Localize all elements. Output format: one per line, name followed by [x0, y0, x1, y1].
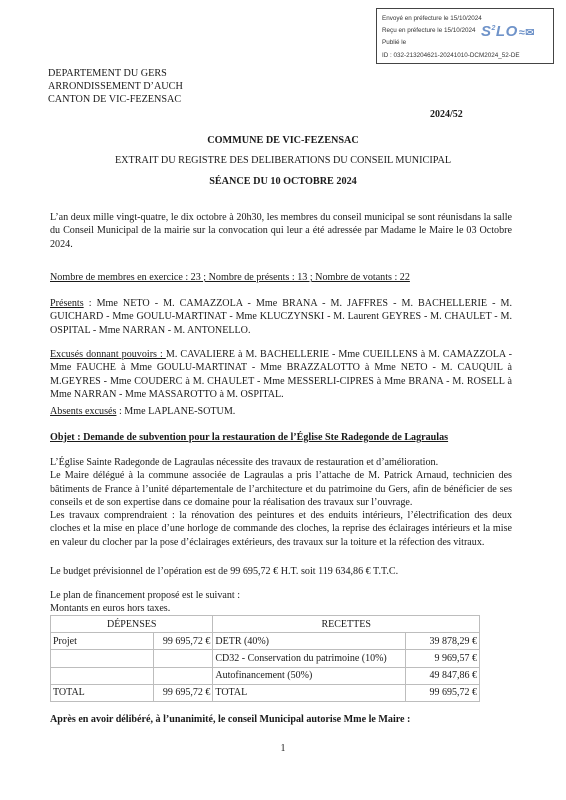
body-line-1: L’Église Sainte Radegonde de Lagraulas n… [50, 456, 512, 469]
prefecture-stamp: Envoyé en préfecture le 15/10/2024 Reçu … [376, 8, 554, 64]
expense-label [51, 667, 154, 684]
expense-total-amount: 99 695,72 € [154, 684, 213, 701]
page-number: 1 [0, 743, 566, 754]
plan-note: Montants en euros hors taxes. [50, 603, 512, 616]
administrative-header: DEPARTEMENT DU GERS ARRONDISSEMENT D’AUC… [48, 67, 183, 106]
revenue-total-amount: 99 695,72 € [406, 684, 480, 701]
revenue-amount: 9 969,57 € [406, 650, 480, 667]
present-list: : Mme NETO - M. CAMAZZOLA - Mme BRANA - … [50, 298, 512, 336]
object-heading: Objet : Demande de subvention pour la re… [50, 431, 512, 444]
excused-label: Excusés donnant pouvoirs : [50, 349, 166, 360]
table-row: CD32 - Conservation du patrimoine (10%) … [51, 650, 480, 667]
table-header-row: DÉPENSES RECETTES [51, 616, 480, 633]
expense-amount [154, 650, 213, 667]
revenue-amount: 49 847,86 € [406, 667, 480, 684]
revenue-label: CD32 - Conservation du patrimoine (10%) [213, 650, 406, 667]
excused-proxy-members: Excusés donnant pouvoirs : M. CAVALIERE … [50, 348, 512, 401]
canton: CANTON DE VIC-FEZENSAC [48, 93, 183, 106]
revenue-total-label: TOTAL [213, 684, 406, 701]
commune-title: COMMUNE DE VIC-FEZENSAC [0, 135, 566, 146]
body-line-3: Les travaux comprendraient : la rénovati… [50, 509, 512, 549]
revenues-header: RECETTES [213, 616, 480, 633]
decision-statement: Après en avoir délibéré, à l’unanimité, … [50, 713, 512, 726]
present-members: Présents : Mme NETO - M. CAMAZZOLA - Mme… [50, 297, 512, 337]
plan-intro: Le plan de financement proposé est le su… [50, 590, 512, 603]
revenue-amount: 39 878,29 € [406, 633, 480, 650]
body-line-2: Le Maire délégué à la commune associée d… [50, 469, 512, 509]
expense-amount [154, 667, 213, 684]
revenue-label: DETR (40%) [213, 633, 406, 650]
absent-label: Absents excusés [50, 406, 116, 417]
present-label: Présents [50, 298, 84, 309]
financing-table: DÉPENSES RECETTES Projet 99 695,72 € DET… [50, 615, 480, 702]
arrondissement: ARRONDISSEMENT D’AUCH [48, 80, 183, 93]
intro-paragraph: L’an deux mille vingt-quatre, le dix oct… [50, 211, 512, 251]
expenses-header: DÉPENSES [51, 616, 213, 633]
financing-plan-intro: Le plan de financement proposé est le su… [50, 590, 512, 615]
logo-wave-icon: ≈✉ [519, 27, 535, 39]
stamp-published: Publié le [382, 37, 553, 49]
budget-statement: Le budget prévisionnel de l’opération es… [50, 565, 512, 578]
absent-members: Absents excusés : Mme LAPLANE-SOTUM. [50, 405, 512, 418]
register-title: EXTRAIT DU REGISTRE DES DELIBERATIONS DU… [0, 155, 566, 166]
logo-lo: LO [496, 23, 518, 40]
s2low-logo: S2LO≈✉ [481, 23, 535, 39]
table-row: Projet 99 695,72 € DETR (40%) 39 878,29 … [51, 633, 480, 650]
logo-s: S [481, 23, 492, 40]
revenue-label: Autofinancement (50%) [213, 667, 406, 684]
table-total-row: TOTAL 99 695,72 € TOTAL 99 695,72 € [51, 684, 480, 701]
member-counts: Nombre de membres en exercice : 23 ; Nom… [50, 271, 512, 284]
department: DEPARTEMENT DU GERS [48, 67, 183, 80]
table-row: Autofinancement (50%) 49 847,86 € [51, 667, 480, 684]
expense-total-label: TOTAL [51, 684, 154, 701]
body-text: L’Église Sainte Radegonde de Lagraulas n… [50, 456, 512, 549]
stamp-id: ID : 032-213204621-20241010-DCM2024_52-D… [382, 50, 553, 62]
deliberation-reference: 2024/52 [430, 109, 463, 120]
expense-label [51, 650, 154, 667]
session-title: SÉANCE DU 10 OCTOBRE 2024 [0, 176, 566, 187]
expense-amount: 99 695,72 € [154, 633, 213, 650]
expense-label: Projet [51, 633, 154, 650]
absent-list: : Mme LAPLANE-SOTUM. [116, 406, 235, 417]
